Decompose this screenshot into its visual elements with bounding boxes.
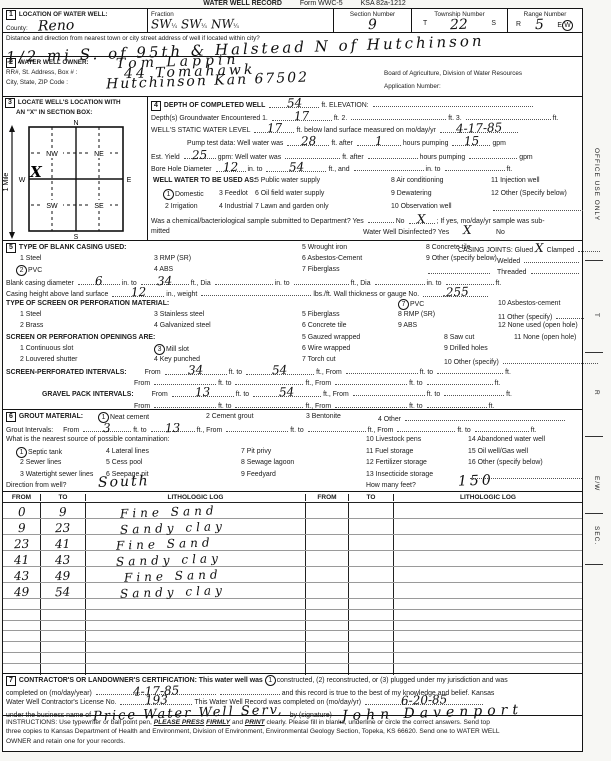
section3-num: 3 bbox=[5, 98, 15, 108]
gpi-from-label: From bbox=[152, 391, 168, 398]
grout-intervals-label: Grout Intervals: bbox=[6, 427, 53, 434]
contam-pitprivy: 7 Pit privy bbox=[241, 447, 271, 457]
pump-after: ft. after bbox=[331, 140, 352, 147]
lith-h-to-2: TO bbox=[349, 494, 394, 501]
lith-row: 4143Sandy clay bbox=[3, 551, 582, 567]
spi2-from2-label: ft., From bbox=[305, 380, 331, 387]
bore-into-2: in. to bbox=[426, 166, 441, 173]
feet-label: How many feet? bbox=[366, 481, 416, 491]
use-oilfield: 6 Oil field water supply bbox=[255, 189, 324, 199]
casing-steel: 1 Steel bbox=[20, 254, 41, 264]
groundwater-2-label: ft. 2. bbox=[334, 115, 347, 122]
direction-label: Direction from well? bbox=[6, 481, 67, 491]
grout-ft3: ft. bbox=[531, 427, 537, 434]
use-injection: 11 Injection well bbox=[491, 176, 540, 186]
form-ksa: KSA 82a-1212 bbox=[361, 0, 406, 7]
bore-and: ft., and bbox=[328, 166, 349, 173]
section7-certification: 7CONTRACTOR'S OR LANDOWNER'S CERTIFICATI… bbox=[3, 673, 582, 715]
scanned-water-well-record: WATER WELL RECORD Form WWC-5 KSA 82a-121… bbox=[0, 0, 611, 761]
screen-stainless: 3 Stainless steel bbox=[154, 310, 204, 320]
yield-value: 25 bbox=[192, 149, 208, 160]
pump-hours: 1 bbox=[375, 136, 383, 147]
instructions-block: INSTRUCTIONS: Use typewriter or ball poi… bbox=[3, 715, 582, 753]
fraction-3: NW bbox=[210, 19, 233, 31]
contam-oilwell: 15 Oil well/Gas well bbox=[468, 447, 528, 457]
lith-from: 49 bbox=[14, 587, 30, 598]
depth-label: DEPTH OF COMPLETED WELL bbox=[164, 102, 265, 109]
lith-log: Fine Sand bbox=[116, 537, 214, 551]
section5-title-wrap: 5TYPE OF BLANK CASING USED: bbox=[6, 243, 126, 253]
screen-none: 12 None used (open hole) bbox=[498, 321, 578, 331]
s-label: S bbox=[74, 234, 79, 239]
casing-height-label: Casing height above land surface bbox=[6, 291, 108, 298]
grout-cement: 2 Cement grout bbox=[206, 412, 254, 422]
contam-abandoned: 14 Abandoned water well bbox=[468, 435, 545, 445]
sample-no-label: No bbox=[396, 218, 405, 225]
openings-none: 11 None (open hole) bbox=[514, 333, 576, 343]
casing-diam-depth: 34 bbox=[157, 275, 173, 286]
use-observation: 10 Observation well bbox=[391, 202, 452, 212]
yield-pumping: hours pumping bbox=[420, 154, 466, 161]
section-number-value: 9 bbox=[368, 19, 377, 32]
openings-louvered: 2 Louvered shutter bbox=[20, 355, 77, 365]
sample-no-x: X bbox=[417, 214, 426, 225]
lith-log: Fine Sand bbox=[124, 569, 222, 583]
yield-gpm-unit: gpm bbox=[519, 154, 532, 161]
yield-label: Est. Yield bbox=[151, 154, 180, 161]
screen-abs: 9 ABS bbox=[398, 321, 417, 331]
casing-pvc-label: PVC bbox=[28, 267, 42, 274]
contam-fertilizer: 12 Fertilizer storage bbox=[366, 458, 427, 468]
pump-test-label: Pump test data: Well water was bbox=[187, 140, 283, 147]
screen-brass: 2 Brass bbox=[20, 321, 43, 331]
casing-diam-dia3: ft., Dia bbox=[351, 280, 371, 287]
bore-label: Bore Hole Diameter bbox=[151, 166, 212, 173]
lithologic-table: FROM TO LITHOLOGIC LOG FROM TO LITHOLOGI… bbox=[3, 491, 582, 673]
contam-lagoon: 8 Sewage lagoon bbox=[241, 458, 294, 468]
instructions-and: and bbox=[230, 719, 245, 726]
lith-h-log-1: LITHOLOGIC LOG bbox=[86, 494, 306, 501]
lith-log: Fine Sand bbox=[120, 505, 218, 519]
section4-num: 4 bbox=[151, 101, 161, 111]
section5-num: 5 bbox=[6, 243, 16, 253]
contam-feedyard: 9 Feedyard bbox=[241, 470, 276, 480]
openings-continuous: 1 Continuous slot bbox=[20, 344, 73, 354]
township-s: S bbox=[491, 19, 496, 32]
openings-sawcut: 8 Saw cut bbox=[444, 333, 474, 343]
casing-asbestos: 6 Asbestos-Cement bbox=[302, 254, 362, 264]
lith-row: 09Fine Sand bbox=[3, 503, 582, 519]
fraction-label: Fraction bbox=[151, 10, 330, 19]
pump-depth: 28 bbox=[301, 136, 317, 147]
lith-from: 0 bbox=[17, 507, 25, 518]
section3-4-row: 3LOCATE WELL'S LOCATION WITH AN "X" IN S… bbox=[3, 96, 582, 240]
license-number: 193 bbox=[145, 695, 168, 707]
grout-neat-label: Neat cement bbox=[110, 414, 149, 421]
screen-steel: 1 Steel bbox=[20, 310, 41, 320]
lith-to: 23 bbox=[55, 523, 71, 534]
casing-height-value: 12 bbox=[130, 286, 146, 297]
contam-livestock: 10 Livestock pens bbox=[366, 435, 421, 445]
spi-to2-label: ft. to bbox=[420, 369, 433, 376]
yield-after: ft. after bbox=[342, 154, 363, 161]
license-label: Water Well Contractor's License No. bbox=[6, 699, 116, 706]
disinfected-label: Water Well Disinfected? Yes bbox=[363, 228, 449, 238]
grout-to2-label: ft. to bbox=[290, 427, 303, 434]
spi2-ft: ft. bbox=[495, 380, 501, 387]
gpi-from2-label: ft., From bbox=[323, 391, 349, 398]
lith-h-from-2: FROM bbox=[306, 494, 349, 501]
disinfected-no: No bbox=[496, 228, 505, 238]
application-label: Application Number: bbox=[384, 82, 441, 91]
lith-from: 9 bbox=[17, 523, 25, 534]
strip-r-label: R bbox=[593, 390, 600, 396]
casing-diam-into3: in. to bbox=[427, 280, 442, 287]
grout-from-label: From bbox=[63, 427, 79, 434]
strip-sec-label: SEC. bbox=[593, 526, 600, 545]
strip-ew-label: E/W bbox=[593, 476, 600, 491]
casing-weight-label: in., weight bbox=[166, 291, 197, 298]
lith-row: 923Sandy clay bbox=[3, 519, 582, 535]
bore-into: in. to bbox=[248, 166, 263, 173]
direction-value: South bbox=[98, 475, 150, 489]
form-body: 1LOCATION OF WATER WELL: County: Reno Fr… bbox=[2, 8, 583, 752]
distance-row: Distance and direction from nearest town… bbox=[3, 32, 582, 56]
static-level-value: 17 bbox=[267, 123, 283, 134]
cert-constructed-circled-num: 1 bbox=[265, 675, 276, 686]
sample-question: Was a chemical/bacteriological sample su… bbox=[151, 218, 364, 225]
instructions-2: three copies to Kansas Department of Hea… bbox=[6, 727, 579, 737]
section5-title: TYPE OF BLANK CASING USED: bbox=[19, 244, 127, 251]
lith-to: 54 bbox=[55, 587, 71, 598]
screen-galvanized: 4 Galvanized steel bbox=[154, 321, 211, 331]
lith-row: 4349Fine Sand bbox=[3, 567, 582, 583]
screen-rmp: 8 RMP (SR) bbox=[398, 310, 435, 320]
range-value: 5 bbox=[535, 19, 544, 32]
contam-other: 16 Other (specify below) bbox=[468, 458, 543, 468]
lith-empty-row bbox=[3, 642, 582, 653]
e-label: E bbox=[127, 177, 132, 184]
lith-from: 23 bbox=[14, 539, 30, 550]
openings-wire: 6 Wire wrapped bbox=[302, 344, 350, 354]
pump-pumping: hours pumping bbox=[403, 140, 449, 147]
range-w-circled: W bbox=[562, 20, 573, 31]
nw-label: NW bbox=[46, 151, 58, 158]
grout-to3-label: ft. to bbox=[457, 427, 470, 434]
section4-depth: 4DEPTH OF COMPLETED WELL54ft. ELEVATION:… bbox=[147, 97, 582, 240]
screen-asbestos: 10 Asbestos-cement bbox=[498, 299, 560, 309]
static-level-mid: ft. below land surface measured on mo/da… bbox=[296, 127, 435, 134]
city-value: Hutchinson Kan 67502 bbox=[106, 72, 309, 92]
openings-drilled: 9 Drilled holes bbox=[444, 344, 488, 354]
static-level-date: 4-17-85 bbox=[456, 122, 503, 134]
office-use-only-label: OFFICE USE ONLY bbox=[593, 148, 600, 221]
spi2-to2-label: ft. to bbox=[409, 380, 422, 387]
feet-value: 150 bbox=[458, 474, 494, 488]
range-r: R bbox=[516, 20, 521, 30]
groundwater-1: 17 bbox=[294, 111, 310, 122]
lith-empty-row bbox=[3, 610, 582, 621]
casing-diam-label: Blank casing diameter bbox=[6, 280, 74, 287]
lith-from: 43 bbox=[14, 571, 30, 582]
section6-num: 6 bbox=[6, 412, 16, 422]
section3-locate: 3LOCATE WELL'S LOCATION WITH AN "X" IN S… bbox=[3, 97, 147, 240]
strip-divider bbox=[585, 564, 603, 565]
spi-from-value: 34 bbox=[188, 365, 204, 376]
disinfected-x: X bbox=[463, 225, 472, 236]
use-domestic: 1Domestic bbox=[163, 189, 204, 200]
sample-tail: ; If yes, mo/day/yr sample was sub- bbox=[437, 218, 545, 225]
grout-from3-label: ft., From bbox=[368, 427, 394, 434]
spi2-from-label: From bbox=[134, 380, 150, 387]
board-text: Board of Agriculture, Division of Water … bbox=[384, 69, 522, 78]
section2-num: 2 bbox=[6, 58, 16, 68]
lith-h-to-1: TO bbox=[41, 494, 86, 501]
instructions-print: PRINT bbox=[245, 719, 265, 726]
section2-owner: 2WATER WELL OWNER: Tom Lappin RR#, St. A… bbox=[3, 56, 582, 96]
lith-log: Sandy clay bbox=[120, 521, 226, 535]
instructions-3: OWNER and retain one for your records. bbox=[6, 737, 579, 747]
lith-empty-row bbox=[3, 621, 582, 632]
static-level-label: WELL'S STATIC WATER LEVEL bbox=[151, 127, 250, 134]
use-public: 5 Public water supply bbox=[255, 176, 320, 186]
range-ew: EW bbox=[557, 20, 574, 31]
section5-casing: 5TYPE OF BLANK CASING USED:5 Wrought iro… bbox=[3, 240, 582, 409]
use-label: WELL WATER TO BE USED AS: bbox=[153, 176, 256, 186]
screen-material-title: TYPE OF SCREEN OR PERFORATION MATERIAL: bbox=[6, 299, 169, 309]
office-use-strip: OFFICE USE ONLY T R E/W SEC. bbox=[585, 8, 611, 752]
n-label: N bbox=[73, 120, 78, 127]
sw-label: SW bbox=[46, 203, 58, 210]
use-lawn: 7 Lawn and garden only bbox=[255, 202, 329, 212]
strip-divider bbox=[585, 513, 603, 514]
depth-value: 54 bbox=[287, 98, 303, 109]
spi-to-value: 54 bbox=[272, 365, 288, 376]
well-x-mark: X bbox=[29, 163, 43, 181]
lith-empty-row bbox=[3, 631, 582, 642]
elevation-label: ft. ELEVATION: bbox=[321, 102, 368, 109]
section6-title: GROUT MATERIAL: bbox=[19, 413, 83, 420]
city-label: City, State, ZIP Code : bbox=[6, 79, 68, 86]
contam-cesspool: 5 Cess pool bbox=[106, 458, 142, 468]
form-title: WATER WELL RECORD bbox=[203, 0, 282, 7]
lith-log: Sandy clay bbox=[120, 585, 226, 599]
fraction-2: SW bbox=[181, 19, 202, 31]
contam-sewer: 2 Sewer lines bbox=[20, 458, 61, 468]
casing-other: 9 Other (specify below) bbox=[426, 254, 497, 264]
lith-to: 43 bbox=[55, 555, 71, 566]
pump-gpm-unit: gpm bbox=[492, 140, 505, 147]
fraction-1: SW bbox=[151, 19, 172, 31]
lith-from: 41 bbox=[14, 555, 30, 566]
casing-fiberglass: 7 Fiberglass bbox=[302, 265, 340, 275]
lith-header-row: FROM TO LITHOLOGIC LOG FROM TO LITHOLOGI… bbox=[3, 492, 582, 503]
contam-watertight: 3 Watertight sewer lines bbox=[20, 470, 93, 480]
spi2-to-label: ft. to bbox=[218, 380, 231, 387]
spi-from-label: From bbox=[145, 369, 161, 376]
quarter-1: ¼ bbox=[172, 23, 177, 30]
section1-row: 1LOCATION OF WATER WELL: County: Reno Fr… bbox=[3, 9, 582, 32]
use-other: 12 Other (Specify below) bbox=[491, 189, 567, 199]
one-mile-label: 1 Mile bbox=[3, 173, 10, 192]
lith-row: 2341Fine Sand bbox=[3, 535, 582, 551]
strip-divider bbox=[585, 352, 603, 353]
openings-millslot-label: Mill slot bbox=[166, 346, 189, 353]
certification-label: CONTRACTOR'S OR LANDOWNER'S CERTIFICATIO… bbox=[19, 677, 263, 684]
openings-torch: 7 Torch cut bbox=[302, 355, 336, 365]
use-ac: 8 Air conditioning bbox=[391, 176, 443, 186]
section-number-cell: Section Number 9 bbox=[333, 9, 411, 32]
casing-diam-into2: in. to bbox=[275, 280, 290, 287]
instructions-please-press: PLEASE PRESS bbox=[154, 719, 205, 726]
address-label: RR#, St. Address, Box # : bbox=[6, 69, 77, 76]
contam-fuel: 11 Fuel storage bbox=[366, 447, 413, 457]
instructions-firmly: FIRMLY bbox=[206, 719, 230, 726]
gpi-from-value: 13 bbox=[195, 387, 211, 398]
grout-from2-label: ft., From bbox=[197, 427, 223, 434]
section6-grout: 6GROUT MATERIAL:1Neat cement2 Cement gro… bbox=[3, 409, 582, 673]
certification-tail: constructed, (2) reconstructed, or (3) p… bbox=[277, 677, 508, 684]
contam-insecticide: 13 Insecticide storage bbox=[366, 470, 433, 480]
lith-log: Sandy clay bbox=[116, 553, 222, 567]
township-cell: Township Number T 22 S bbox=[411, 9, 507, 32]
form-number: Form WWC-5 bbox=[300, 0, 343, 7]
section6-title-wrap: 6GROUT MATERIAL: bbox=[6, 412, 83, 422]
pump-gpm: 15 bbox=[464, 136, 480, 147]
contam-septic-circled-num: 1 bbox=[16, 447, 27, 458]
range-cell: Range Number R 5 EW bbox=[507, 9, 582, 32]
use-feedlot: 3 Feedlot bbox=[219, 189, 248, 199]
grout-to-label: ft. to bbox=[133, 427, 146, 434]
casing-diam-ft3: ft. bbox=[496, 280, 502, 287]
openings-title: SCREEN OR PERFORATION OPENINGS ARE: bbox=[6, 333, 155, 343]
se-label: SE bbox=[94, 203, 104, 210]
lith-h-log-2: LITHOLOGIC LOG bbox=[394, 494, 582, 501]
form-header: WATER WELL RECORD Form WWC-5 KSA 82a-121… bbox=[0, 0, 611, 7]
instructions-1b: clearly. Please fill in blanks, underlin… bbox=[265, 719, 490, 726]
contam-lateral: 4 Lateral lines bbox=[106, 447, 149, 457]
lith-row: 4954Sandy clay bbox=[3, 583, 582, 599]
owner-label: WATER WELL OWNER: bbox=[19, 59, 89, 66]
screen-concrete: 6 Concrete tile bbox=[302, 321, 346, 331]
strip-divider bbox=[585, 436, 603, 437]
casing-rmp: 3 RMP (SR) bbox=[154, 254, 191, 264]
gpi-to-value: 54 bbox=[279, 387, 295, 398]
gpi-to-label: ft. to bbox=[236, 391, 249, 398]
spi-from2-label: ft., From bbox=[316, 369, 342, 376]
section3-title-1: LOCATE WELL'S LOCATION WITH bbox=[18, 99, 121, 106]
use-domestic-circled-num: 1 bbox=[163, 189, 174, 200]
grout-from-value: 3 bbox=[103, 422, 111, 433]
groundwater-label: Depth(s) Groundwater Encountered 1. bbox=[151, 115, 268, 122]
bore-diameter: 12 bbox=[223, 162, 239, 173]
grout-bentonite: 3 Bentonite bbox=[306, 412, 341, 422]
sample-mitted: mitted bbox=[151, 228, 170, 235]
lith-to: 41 bbox=[55, 539, 71, 550]
strip-t-label: T bbox=[593, 313, 600, 318]
use-domestic-label: Domestic bbox=[175, 191, 204, 198]
fraction-cell: Fraction SW¼ SW¼ NW¼ bbox=[147, 9, 333, 32]
gpi-ft: ft. bbox=[506, 391, 512, 398]
groundwater-ft: ft. bbox=[553, 115, 559, 122]
township-value: 22 bbox=[450, 19, 468, 32]
contam-septic: 1Septic tank bbox=[16, 447, 62, 458]
gauge-value: .255 bbox=[442, 286, 469, 298]
casing-wrought: 5 Wrought iron bbox=[302, 243, 347, 253]
casing-diam-value: 6 bbox=[95, 275, 103, 286]
lith-empty-row bbox=[3, 599, 582, 610]
use-industrial: 4 Industrial bbox=[219, 202, 253, 212]
section-box-diagram: 1 Mile NW NE SW SE N bbox=[3, 117, 143, 239]
spi-label: SCREEN-PERFORATED INTERVALS: bbox=[6, 369, 127, 376]
screen-fiberglass: 5 Fiberglass bbox=[302, 310, 340, 320]
county-cell: 1LOCATION OF WATER WELL: County: Reno bbox=[3, 9, 147, 32]
grout-to-value: 13 bbox=[165, 422, 181, 433]
bore-ft-2: ft. bbox=[507, 166, 513, 173]
strip-divider bbox=[585, 260, 603, 261]
gauge-label: lbs./ft. Wall thickness or gauge No. bbox=[313, 291, 419, 298]
township-t: T bbox=[423, 19, 427, 32]
contamination-question: What is the nearest source of possible c… bbox=[6, 435, 170, 445]
lith-h-from-1: FROM bbox=[3, 494, 41, 501]
use-irrigation: 2 Irrigation bbox=[165, 202, 198, 212]
use-dewatering: 9 Dewatering bbox=[391, 189, 432, 199]
gpi-to2-label: ft. to bbox=[427, 391, 440, 398]
bore-depth: 54 bbox=[289, 162, 305, 173]
contam-septic-label: Septic tank bbox=[28, 449, 62, 456]
lith-to: 49 bbox=[55, 571, 71, 582]
screen-pvc-label: PVC bbox=[410, 301, 424, 308]
spi-ft: ft. bbox=[505, 369, 511, 376]
ne-label: NE bbox=[94, 151, 104, 158]
casing-diam-dia2: ft., Dia bbox=[191, 280, 211, 287]
lith-empty-row bbox=[3, 653, 582, 664]
gpi-label: GRAVEL PACK INTERVALS: bbox=[42, 391, 134, 398]
instructions-1a: INSTRUCTIONS: Use typewriter or ball poi… bbox=[6, 719, 154, 726]
section1-num: 1 bbox=[6, 10, 16, 20]
openings-gauzed: 5 Gauzed wrapped bbox=[302, 333, 360, 343]
lith-to: 9 bbox=[59, 507, 67, 518]
range-label: Range Number bbox=[511, 10, 579, 19]
spi-to-label: ft. to bbox=[229, 369, 242, 376]
w-label: W bbox=[19, 177, 26, 184]
